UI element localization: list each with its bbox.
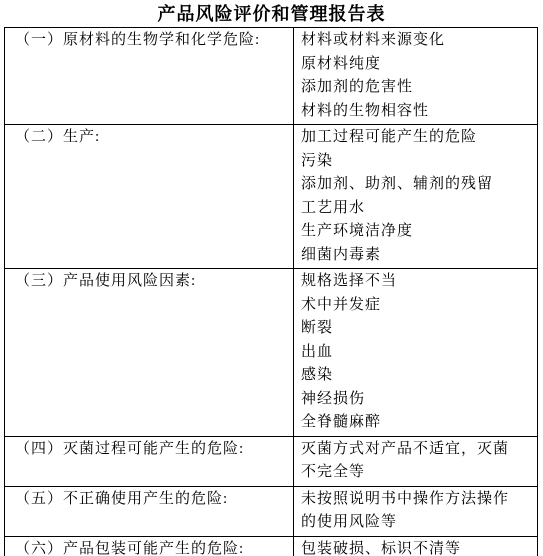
row-label-cell: （六）产品包装可能产生的危险:: [5, 536, 294, 556]
risk-item: 神经损伤: [301, 388, 511, 412]
risk-item: 添加剂的危害性: [301, 76, 511, 100]
table-row: （四）灭菌过程可能产生的危险: 灭菌方式对产品不适宜，灭菌不完全等: [5, 436, 538, 486]
row-items-cell: 包装破损、标识不清等: [294, 536, 538, 556]
risk-item: 出血: [301, 341, 511, 365]
risk-item: 原材料纯度: [301, 53, 511, 77]
risk-item: 工艺用水: [301, 197, 511, 221]
risk-item: 材料的生物相容性: [301, 100, 511, 124]
row-items-cell: 材料或材料来源变化 原材料纯度 添加剂的危害性 材料的生物相容性: [294, 28, 538, 125]
table-row: （三）产品使用风险因素: 规格选择不当 术中并发症 断裂 出血 感染 神经损伤 …: [5, 269, 538, 437]
row-items-cell: 加工过程可能产生的危险 污染 添加剂、助剂、辅剂的残留 工艺用水 生产环境洁净度…: [294, 125, 538, 269]
table-row: （一）原材料的生物学和化学危险: 材料或材料来源变化 原材料纯度 添加剂的危害性…: [5, 28, 538, 125]
row-label-cell: （三）产品使用风险因素:: [5, 269, 294, 437]
risk-item: 细菌内毒素: [301, 244, 511, 268]
row-label: （五）不正确使用产生的危险:: [15, 491, 228, 507]
row-items-cell: 灭菌方式对产品不适宜，灭菌不完全等: [294, 436, 538, 486]
row-label-cell: （四）灭菌过程可能产生的危险:: [5, 436, 294, 486]
risk-item: 术中并发症: [301, 294, 511, 318]
risk-item: 感染: [301, 364, 511, 388]
risk-item: 生产环境洁净度: [301, 220, 511, 244]
row-items-cell: 规格选择不当 术中并发症 断裂 出血 感染 神经损伤 全脊髓麻醉: [294, 269, 538, 437]
table-row: （五）不正确使用产生的危险: 未按照说明书中操作方法操作的使用风险等: [5, 486, 538, 536]
row-items-cell: 未按照说明书中操作方法操作的使用风险等: [294, 486, 538, 536]
risk-item: 未按照说明书中操作方法操作的使用风险等: [301, 488, 511, 535]
row-label: （一）原材料的生物学和化学危险:: [15, 32, 260, 48]
table-row: （二）生产: 加工过程可能产生的危险 污染 添加剂、助剂、辅剂的残留 工艺用水 …: [5, 125, 538, 269]
row-label: （二）生产:: [15, 129, 100, 145]
risk-item: 灭菌方式对产品不适宜，灭菌不完全等: [301, 438, 511, 485]
risk-item: 材料或材料来源变化: [301, 29, 511, 53]
risk-item: 全脊髓麻醉: [301, 411, 511, 435]
table-row: （六）产品包装可能产生的危险: 包装破损、标识不清等: [5, 536, 538, 556]
page-title: 产品风险评价和管理报告表: [0, 0, 543, 27]
row-label-cell: （二）生产:: [5, 125, 294, 269]
risk-item: 包装破损、标识不清等: [301, 538, 511, 556]
risk-item: 加工过程可能产生的危险: [301, 126, 511, 150]
row-label: （六）产品包装可能产生的危险:: [15, 541, 244, 556]
row-label: （四）灭菌过程可能产生的危险:: [15, 441, 244, 457]
risk-item: 添加剂、助剂、辅剂的残留: [301, 173, 511, 197]
row-label: （三）产品使用风险因素:: [15, 273, 196, 289]
risk-item: 规格选择不当: [301, 270, 511, 294]
risk-item: 污染: [301, 150, 511, 174]
risk-table: （一）原材料的生物学和化学危险: 材料或材料来源变化 原材料纯度 添加剂的危害性…: [4, 27, 538, 556]
row-label-cell: （一）原材料的生物学和化学危险:: [5, 28, 294, 125]
row-label-cell: （五）不正确使用产生的危险:: [5, 486, 294, 536]
risk-item: 断裂: [301, 317, 511, 341]
